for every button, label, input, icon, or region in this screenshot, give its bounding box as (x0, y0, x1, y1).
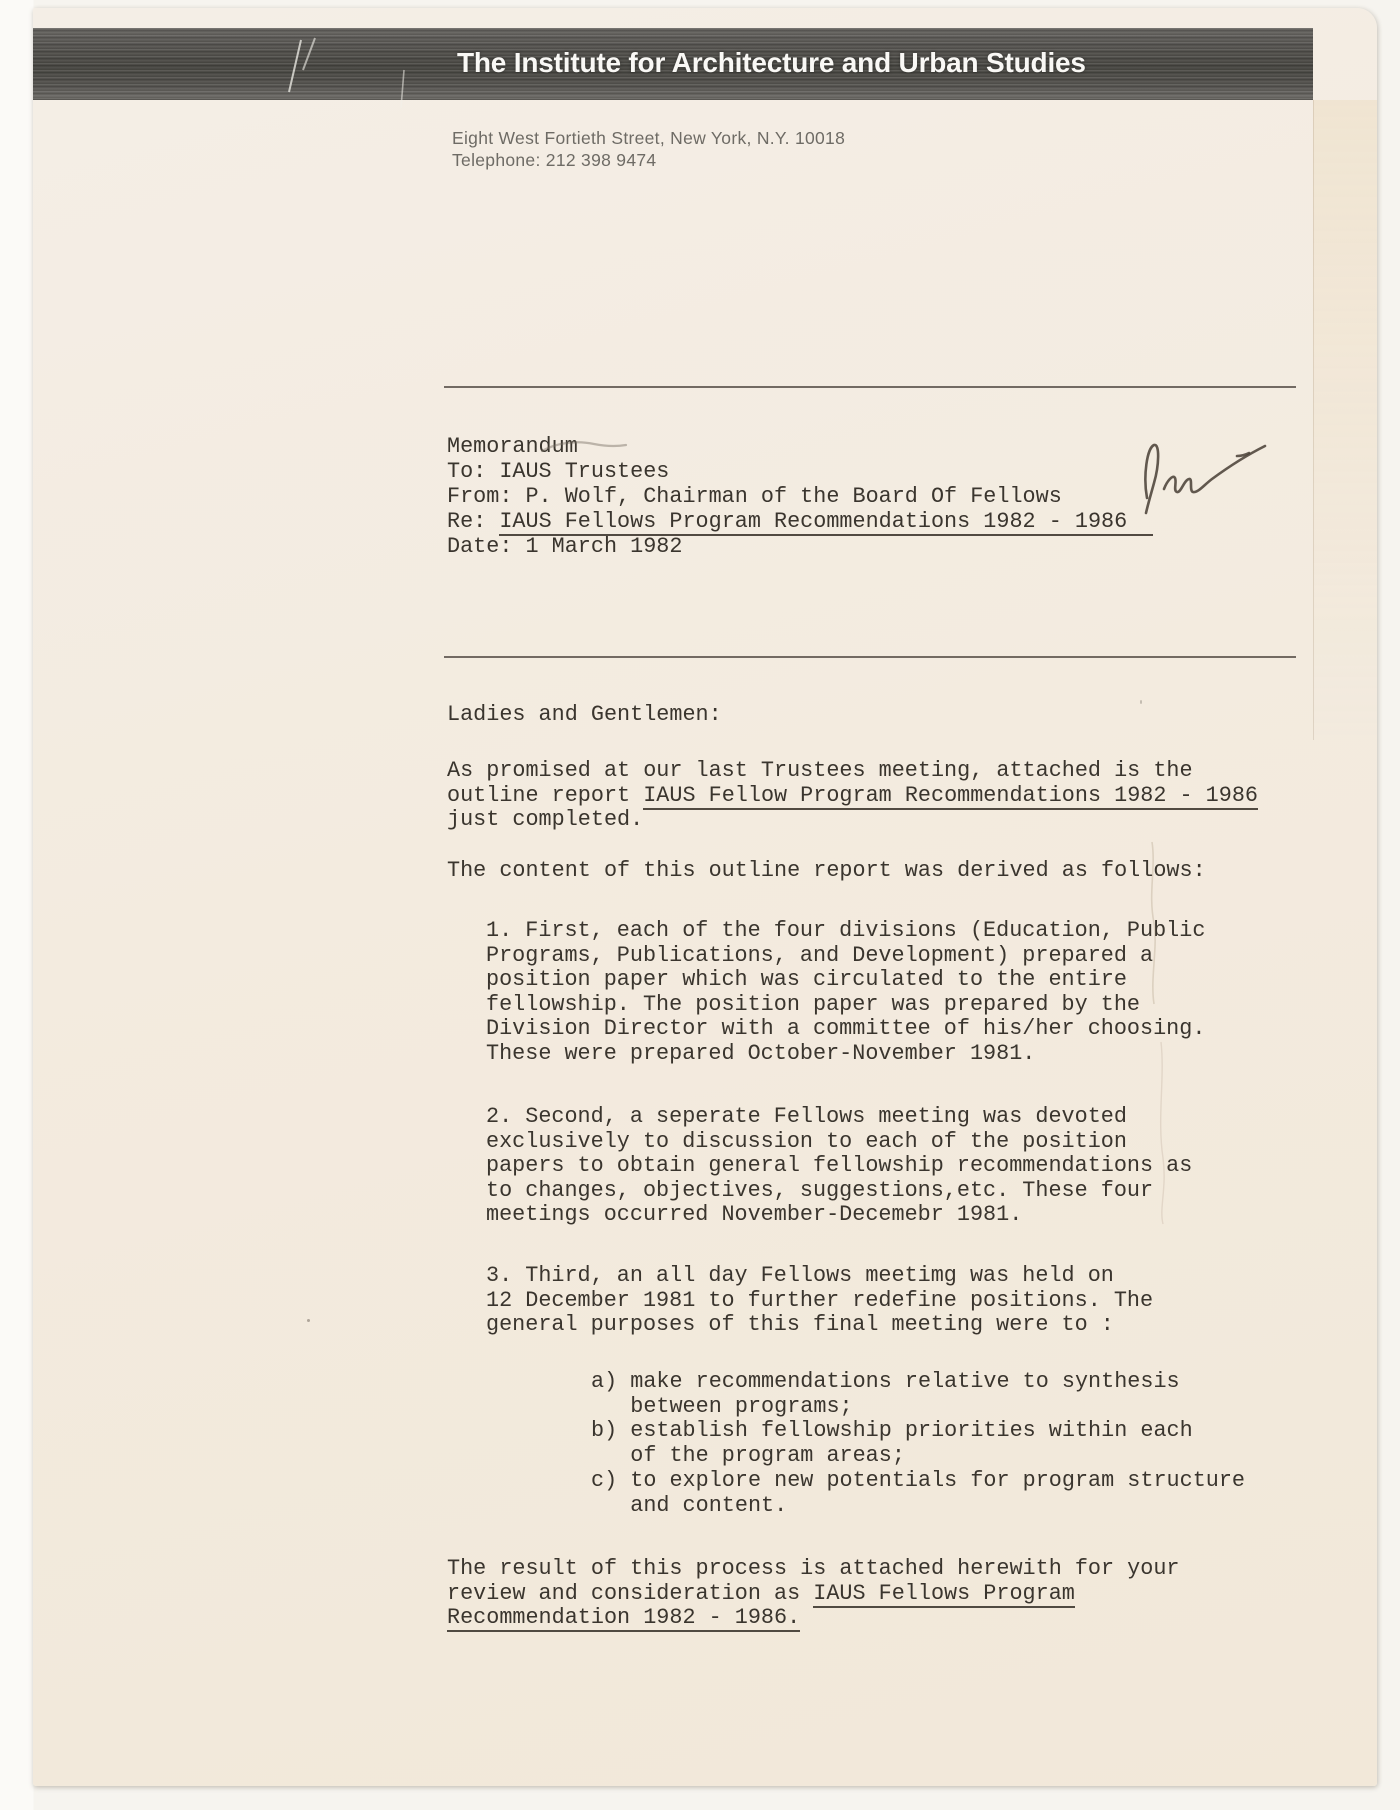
memo-from-line: From: P. Wolf, Chairman of the Board Of … (447, 484, 1153, 509)
address-line: Eight West Fortieth Street, New York, N.… (452, 127, 845, 149)
memo-re-subject: IAUS Fellows Program Recommendations 198… (499, 509, 1153, 536)
letterhead-address: Eight West Fortieth Street, New York, N.… (452, 127, 845, 171)
memo-re-label: Re: (447, 509, 499, 534)
paragraph-intro: As promised at our last Trustees meeting… (447, 759, 1258, 833)
institution-name: The Institute for Architecture and Urban… (457, 28, 1086, 100)
memo-header-block: MemorandumTo: IAUS TrusteesFrom: P. Wolf… (447, 434, 1153, 559)
scan-scratch-mark (253, 28, 433, 128)
report-title-underlined: IAUS Fellow Program Recommendations 1982… (643, 783, 1258, 810)
memo-re-line: Re: IAUS Fellows Program Recommendations… (447, 509, 1153, 534)
memo-to-line: To: IAUS Trustees (447, 459, 1153, 484)
divider-top (444, 386, 1296, 388)
paragraph-derivation: The content of this outline report was d… (447, 859, 1206, 884)
underlying-sheet-edge (1313, 100, 1377, 740)
sub-item-a: a) make recommendations relative to synt… (591, 1370, 1180, 1419)
sub-item-c: c) to explore new potentials for program… (591, 1469, 1245, 1518)
memo-paper: The Institute for Architecture and Urban… (33, 8, 1377, 1786)
closing-title-underlined-2: Recommendation 1982 - 1986. (447, 1605, 800, 1632)
divider-bottom (444, 656, 1296, 658)
memo-date-line: Date: 1 March 1982 (447, 534, 1153, 559)
list-item-third: 3. Third, an all day Fellows meetimg was… (486, 1264, 1153, 1338)
memo-title: Memorandum (447, 434, 1153, 459)
dust-speck (307, 1319, 310, 1322)
closing-title-underlined-1: IAUS Fellows Program (813, 1581, 1075, 1608)
paragraph-closing: The result of this process is attached h… (447, 1557, 1180, 1631)
list-item-first: 1. First, each of the four divisions (Ed… (486, 919, 1205, 1066)
list-item-second: 2. Second, a seperate Fellows meeting wa… (486, 1105, 1192, 1228)
letterhead-banner: The Institute for Architecture and Urban… (33, 28, 1313, 100)
dust-speck (1140, 700, 1142, 704)
phone-line: Telephone: 212 398 9474 (452, 149, 845, 171)
handwritten-initials (1133, 436, 1283, 528)
intro-text-end: just completed. (447, 807, 643, 832)
salutation: Ladies and Gentlemen: (447, 703, 722, 728)
sub-item-b: b) establish fellowship priorities withi… (591, 1419, 1193, 1468)
